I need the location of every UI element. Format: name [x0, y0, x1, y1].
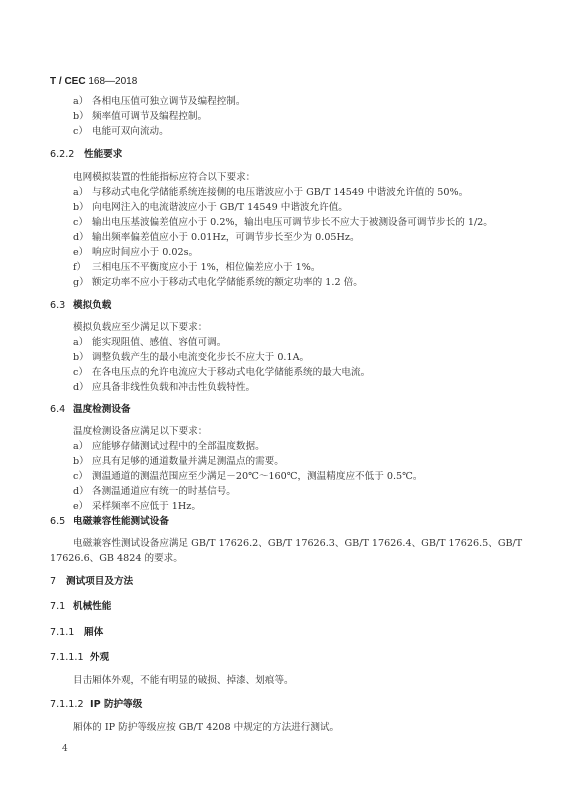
list-item: e）响应时间应小于 0.02s。	[73, 247, 198, 259]
paragraph: 电网模拟装置的性能指标应符合以下要求：	[73, 172, 255, 184]
list-item: e）采样频率不应低于 1Hz。	[73, 501, 201, 513]
section-heading-6-5: 6.5电磁兼容性能测试设备	[50, 516, 169, 528]
section-heading-7: 7测试项目及方法	[50, 576, 133, 588]
paragraph: 目击厢体外观，不能有明显的破损、掉漆、划痕等。	[73, 675, 294, 687]
section-heading-7-1-1-2: 7.1.1.2IP 防护等级	[50, 699, 142, 711]
list-item: c）在各电压点的允许电流应大于移动式电化学储能系统的最大电流。	[73, 367, 370, 379]
list-item: b）调整负载产生的最小电流变化步长不应大于 0.1A。	[73, 352, 309, 364]
section-heading-6-3: 6.3模拟负载	[50, 300, 111, 312]
list-item: c）输出电压基波偏差值应小于 0.2%，输出电压可调节步长不应大于被测设备可调节…	[73, 217, 493, 229]
list-item: c）电能可双向流动。	[73, 126, 169, 138]
paragraph: 厢体的 IP 防护等级应按 GB/T 4208 中规定的方法进行测试。	[73, 722, 339, 734]
standard-header: T / CEC 168—2018	[50, 76, 137, 88]
list-item: a）各相电压值可独立调节及编程控制。	[73, 96, 246, 108]
page-number: 4	[62, 743, 68, 755]
document-page: T / CEC 168—2018 a）各相电压值可独立调节及编程控制。 b）频率…	[0, 0, 565, 800]
paragraph-line: 电磁兼容性测试设备应满足 GB/T 17626.2、GB/T 17626.3、G…	[73, 538, 522, 550]
standard-id: T / CEC	[50, 76, 86, 87]
section-heading-7-1-1-1: 7.1.1.1外观	[50, 652, 109, 664]
paragraph-line: 17626.6、GB 4824 的要求。	[50, 553, 183, 565]
list-item: a）应能够存储测试过程中的全部温度数据。	[73, 441, 265, 453]
list-item: c）测温通道的测温范围应至少满足－20℃～160℃，测温精度应不低于 0.5℃。	[73, 471, 422, 483]
list-item: f）三相电压不平衡度应小于 1%，相位偏差应小于 1%。	[73, 262, 320, 274]
list-item: d）应具备非线性负载和冲击性负载特性。	[73, 382, 255, 394]
section-heading-6-2-2: 6.2.2性能要求	[50, 149, 122, 161]
list-item: d）各测温通道应有统一的时基信号。	[73, 486, 236, 498]
list-item: g）额定功率不应小于移动式电化学储能系统的额定功率的 1.2 倍。	[73, 277, 363, 289]
section-heading-7-1-1: 7.1.1厢体	[50, 627, 103, 639]
standard-number: 168—2018	[88, 76, 137, 87]
list-item: b）向电网注入的电流谐波应小于 GB/T 14549 中谐波允许值。	[73, 202, 348, 214]
paragraph: 模拟负载应至少满足以下要求：	[73, 322, 207, 334]
paragraph: 温度检测设备应满足以下要求：	[73, 426, 207, 438]
list-item: a）能实现阻值、感值、容值可调。	[73, 337, 226, 349]
list-item: b）应具有足够的通道数量并满足测温点的需要。	[73, 456, 284, 468]
list-item: d）输出频率偏差值应小于 0.01Hz，可调节步长至少为 0.05Hz。	[73, 232, 360, 244]
section-heading-6-4: 6.4温度检测设备	[50, 404, 131, 416]
list-item: b）频率值可调节及编程控制。	[73, 111, 207, 123]
section-heading-7-1: 7.1机械性能	[50, 601, 111, 613]
list-item: a）与移动式电化学储能系统连接侧的电压谐波应小于 GB/T 14549 中谐波允…	[73, 187, 468, 199]
